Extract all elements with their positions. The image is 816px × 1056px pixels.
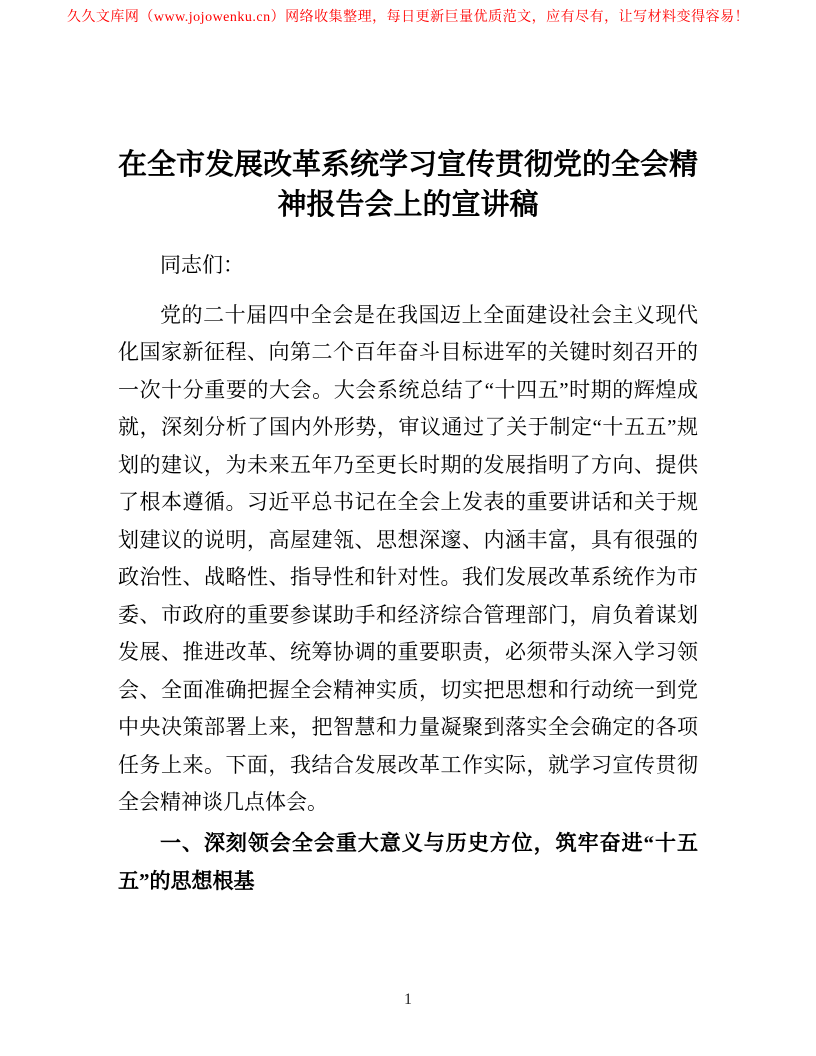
page-number: 1 [0,990,816,1010]
body-paragraph: 党的二十届四中全会是在我国迈上全面建设社会主义现代化国家新征程、向第二个百年奋斗… [118,297,698,822]
document-title: 在全市发展改革系统学习宣传贯彻党的全会精神报告会上的宣讲稿 [118,145,698,225]
section-heading-1: 一、深刻领会全会重大意义与历史方位，筑牢奋进“十五五”的思想根基 [118,824,698,900]
document-page: 久久文库网（www.jojowenku.cn）网络收集整理，每日更新巨量优质范文… [0,0,816,1056]
document-body: 在全市发展改革系统学习宣传贯彻党的全会精神报告会上的宣讲稿 同志们： 党的二十届… [118,0,698,900]
greeting-line: 同志们： [118,247,698,285]
